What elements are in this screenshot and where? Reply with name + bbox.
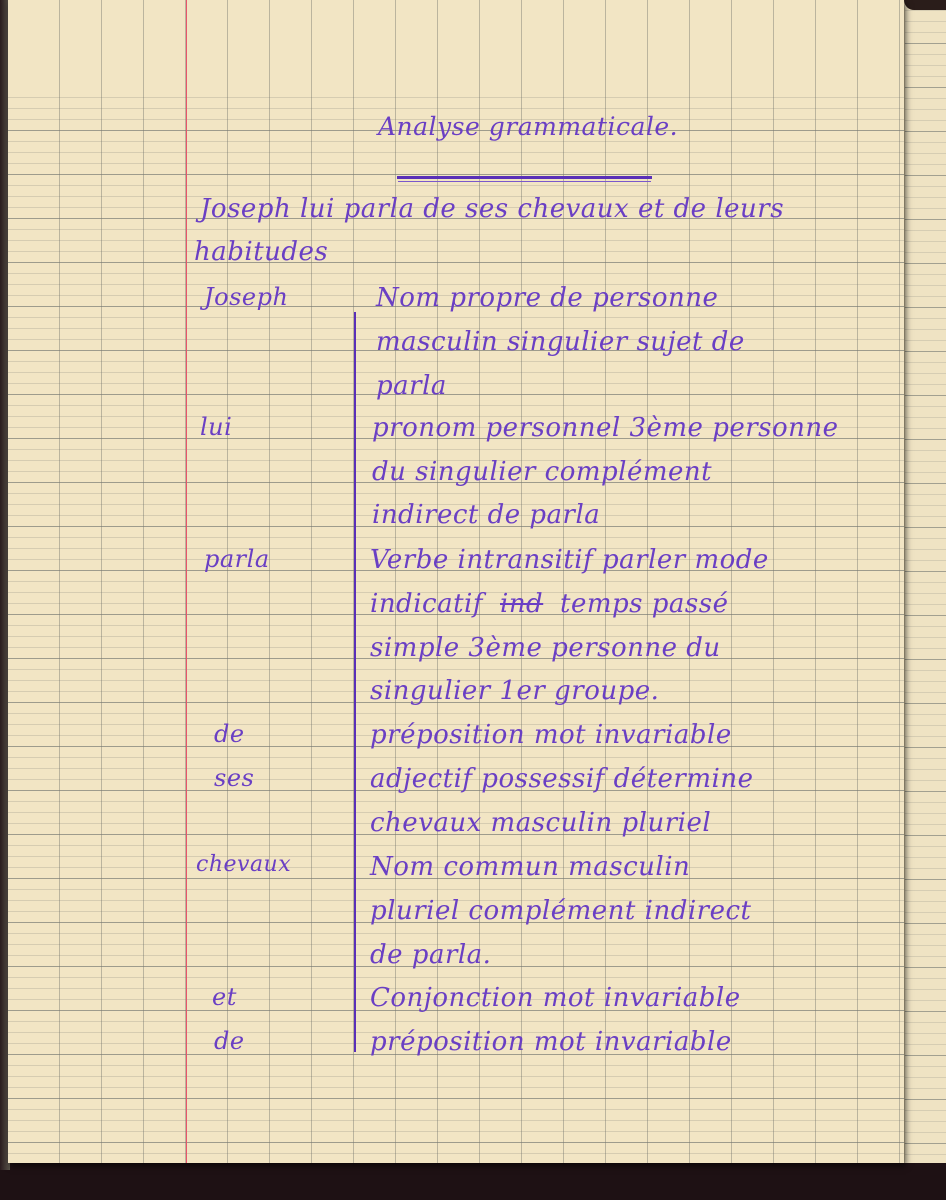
facing-page-edge [904,0,946,1163]
analysis-line: singulier 1er groupe. [370,676,659,706]
analyzed-word: de [214,1027,245,1055]
analyzed-word: et [212,983,237,1011]
analyzed-word: parla [204,545,270,573]
analysis-line: temps passé [560,589,728,619]
title-underline [397,176,652,179]
analysis-line: simple 3ème personne du [370,633,721,663]
page-header-area [8,0,904,97]
analyzed-word: ses [214,764,254,792]
sentence-line-2: habitudes [194,237,328,267]
analysis-line: préposition mot invariable [370,1027,732,1057]
page-title: Analyse grammaticale. [378,112,678,141]
analysis-line: de parla. [370,940,491,970]
column-divider [354,312,356,1052]
analyzed-word: lui [200,413,232,441]
analysis-line: indicatif [370,589,483,619]
analysis-line: du singulier complément [372,457,712,487]
analysis-line: préposition mot invariable [370,720,732,750]
analysis-line: parla [376,371,447,401]
facing-page-shadow [904,0,946,10]
analysis-line: masculin singulier sujet de [376,327,745,357]
analysis-line: Conjonction mot invariable [370,983,741,1013]
analysis-line: pronom personnel 3ème personne [372,413,839,443]
analysis-line: chevaux masculin pluriel [370,808,711,838]
analysis-line: Nom propre de personne [376,283,718,313]
analysis-line: adjectif possessif détermine [370,764,753,794]
analysis-line: indirect de parla [372,500,600,530]
analyzed-word: chevaux [196,852,291,877]
analysis-line: Verbe intransitif parler mode [370,545,769,575]
sentence-line-1: Joseph lui parla de ses chevaux et de le… [200,194,784,224]
red-margin-line [186,0,187,1163]
analyzed-word: de [214,720,245,748]
struck-out-word: ind [500,589,543,619]
analyzed-word: Joseph [204,283,288,311]
analysis-line: Nom commun masculin [370,852,690,882]
analysis-line: pluriel complément indirect [370,896,751,926]
